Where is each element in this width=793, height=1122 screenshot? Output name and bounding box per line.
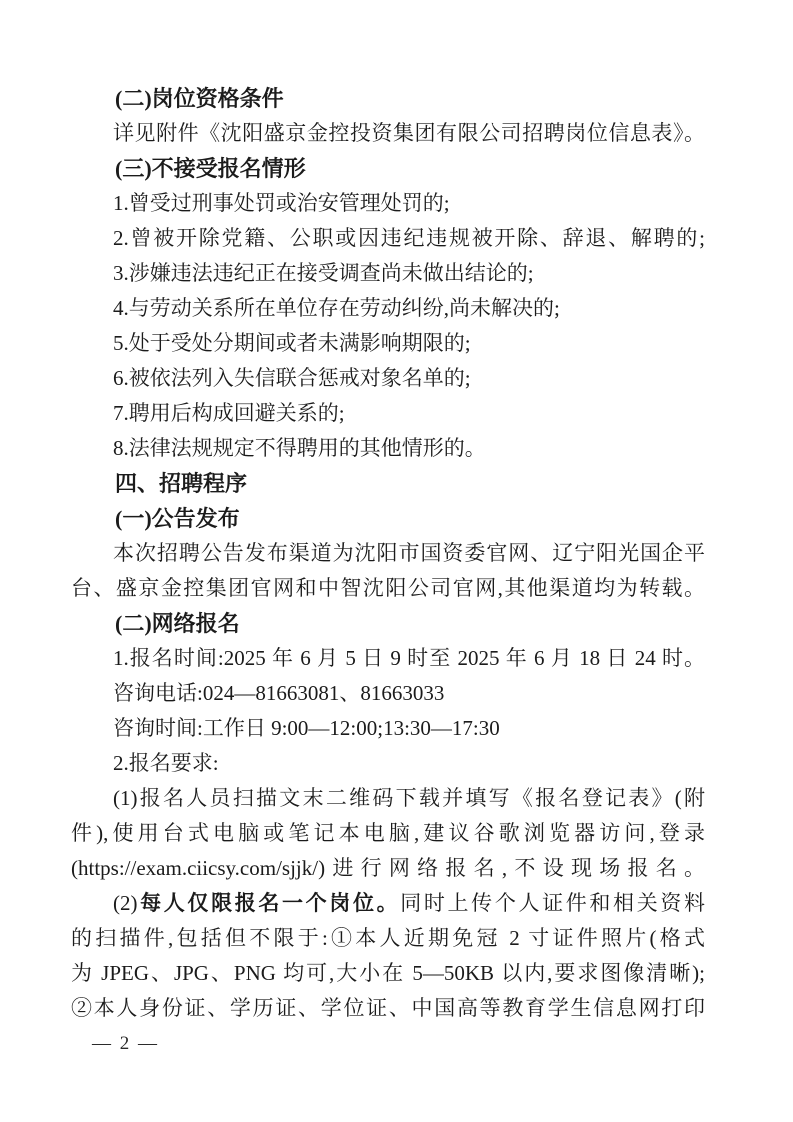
paragraph-line: 本次招聘公告发布渠道为沈阳市国资委官网、辽宁阳光国企平 <box>71 536 705 571</box>
list-item: 3.涉嫌违法违纪正在接受调查尚未做出结论的; <box>71 256 705 291</box>
document-body: (二)岗位资格条件 详见附件《沈阳盛京金控投资集团有限公司招聘岗位信息表》。 (… <box>71 81 705 1026</box>
paragraph-line: (https://exam.ciicsy.com/sjjk/)进行网络报名,不设… <box>71 851 705 886</box>
section-heading: (二)网络报名 <box>71 606 705 641</box>
list-item: 8.法律法规规定不得聘用的其他情形的。 <box>71 431 705 466</box>
list-item: 2.曾被开除党籍、公职或因违纪违规被开除、辞退、解聘的; <box>71 221 705 256</box>
section-heading: (一)公告发布 <box>71 501 705 536</box>
list-item: 6.被依法列入失信联合惩戒对象名单的; <box>71 361 705 396</box>
paragraph-line: 1.报名时间:2025 年 6 月 5 日 9 时至 2025 年 6 月 18… <box>71 641 705 676</box>
list-item: 4.与劳动关系所在单位存在劳动纠纷,尚未解决的; <box>71 291 705 326</box>
chapter-heading: 四、招聘程序 <box>71 466 705 501</box>
contact-hours-line: 咨询时间:工作日 9:00—12:00;13:30—17:30 <box>71 711 705 746</box>
item-number: (2) <box>113 891 138 915</box>
contact-phone-line: 咨询电话:024—81663081、81663033 <box>71 676 705 711</box>
paragraph-line: 台、盛京金控集团官网和中智沈阳公司官网,其他渠道均为转载。 <box>71 571 705 606</box>
paragraph-line: (2)每人仅限报名一个岗位。同时上传个人证件和相关资料 <box>71 886 705 921</box>
section-heading: (二)岗位资格条件 <box>71 81 705 116</box>
document-page: (二)岗位资格条件 详见附件《沈阳盛京金控投资集团有限公司招聘岗位信息表》。 (… <box>0 0 793 1122</box>
bold-emphasis: 每人仅限报名一个岗位。 <box>138 891 401 915</box>
list-item: 7.聘用后构成回避关系的; <box>71 396 705 431</box>
paragraph-line: (1)报名人员扫描文末二维码下载并填写《报名登记表》(附 <box>71 781 705 816</box>
section-heading: (三)不接受报名情形 <box>71 151 705 186</box>
paragraph-line: 的扫描件,包括但不限于:①本人近期免冠 2 寸证件照片(格式 <box>71 921 705 956</box>
paragraph-line: 为 JPEG、JPG、PNG 均可,大小在 5—50KB 以内,要求图像清晰); <box>71 956 705 991</box>
list-item: 1.曾受过刑事处罚或治安管理处罚的; <box>71 186 705 221</box>
paragraph-line: 件),使用台式电脑或笔记本电脑,建议谷歌浏览器访问,登录 <box>71 816 705 851</box>
page-number: — 2 — <box>92 1032 159 1056</box>
paragraph-text: 同时上传个人证件和相关资料 <box>400 891 705 915</box>
paragraph-line: 2.报名要求: <box>71 746 705 781</box>
paragraph-line: ②本人身份证、学历证、学位证、中国高等教育学生信息网打印 <box>71 991 705 1026</box>
paragraph-line: 详见附件《沈阳盛京金控投资集团有限公司招聘岗位信息表》。 <box>71 116 705 151</box>
list-item: 5.处于受处分期间或者未满影响期限的; <box>71 326 705 361</box>
